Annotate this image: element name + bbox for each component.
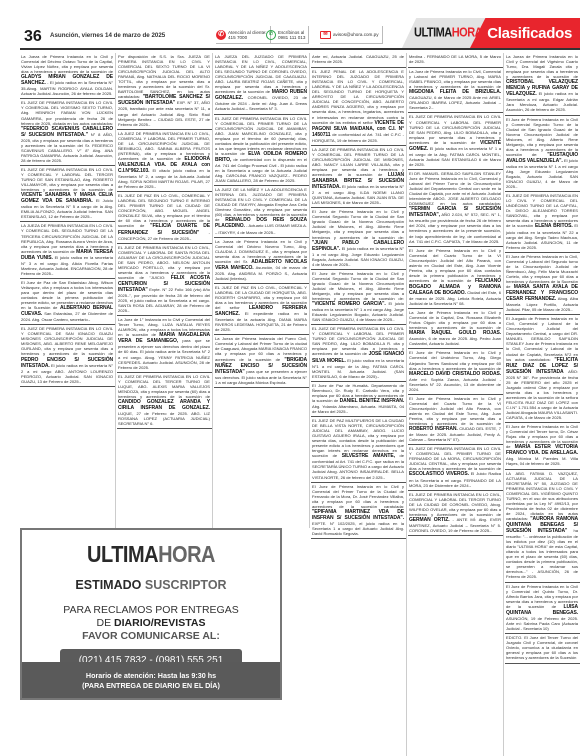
classified-notice: EL JUEZ DE PRIMERA INSTANCIA EN LO CIVIL… — [20, 99, 115, 166]
notice-text: La Jueza de Primera Instancia en lo Civi… — [21, 54, 113, 74]
ad-call-to-action: FAVOR COMUNICARSE AL: — [22, 630, 280, 642]
column-4: Ante mí, Actuaria Judicial. CAAGUAZU, 25… — [311, 53, 407, 756]
classified-notice: El DR. MANUEL GERALDO SAIFILDIN STANLEY … — [408, 170, 503, 247]
notice-text: Abg. Yolanda Altamirano, Actuaria. HUMAI… — [312, 404, 404, 414]
notice-text: El Juez de Primera Instancia en lo Civil… — [312, 271, 404, 301]
notice-text: El Juez de Primera Instancia en lo Civil… — [312, 484, 404, 509]
classified-notice: El Juez de Primera Instancia en lo Civil… — [505, 253, 580, 316]
classified-notice: La Juez de Primera Instancia en lo Civil… — [408, 68, 503, 113]
classified-notice: El Juez de Primera Instancia en lo Civil… — [311, 270, 406, 325]
whatsapp-contact: ✆ Escríbinos al0981 111 013 — [266, 26, 309, 44]
classified-notice: El Juez de Primera Instancia en lo Civil… — [408, 395, 503, 445]
deceased-name: CANDIDO GONZALEZ ARANDA Y CIRILA INSFRAN… — [118, 399, 210, 411]
notice-text: LUQUE, 27 de Febrero de 2025. ABG. LIZ R… — [118, 411, 210, 426]
notice-text: EL JUEZ PENAL DE LA ADOLESCENCIA E INTER… — [312, 69, 404, 124]
classified-notice: EL JUEZ PENAL DE LA ADOLESCENCIA E INTER… — [311, 68, 406, 146]
classified-notice: La Jueza de Primera Instancia en lo Civi… — [505, 53, 580, 116]
classified-notice: La Jueza de Primera Instancia del Fuero … — [214, 335, 309, 387]
notice-text: La Juez de Primera Instancia en lo Civil… — [409, 69, 501, 89]
classified-notice: EDICTO. El Juez del Tercer Turno del Juz… — [505, 634, 580, 664]
classified-notice: LA JUEZ DE LA NIÑEZ Y LA ADOLESCENCIA E … — [214, 186, 309, 237]
classified-notice: EL JUEZ DE PAZ MULTIFUEROS DE LA CIUDAD … — [311, 417, 406, 483]
classified-notice: LA JUEZA DEL JUZGADO DE PRIMERA INSTANCI… — [214, 53, 309, 115]
classified-notice: La Juez de 1° Instancia en lo Civil y Co… — [117, 316, 212, 372]
classified-notice: EL JUEZ DE PRIMERA INSTANCIA EN LO CIVIL… — [505, 192, 580, 253]
publication-date: Asunción, viernes 14 de marzo de 2025 — [50, 32, 165, 39]
classified-notice: El Juez de Paz de Humaitá- Departamento … — [311, 382, 406, 417]
classified-notice: El Juez de Paz de San Estanislao Abog. W… — [20, 279, 115, 325]
notice-text: Medina - FERNANDO DE LA MORA, 5 de Marzo… — [409, 54, 501, 64]
ad-ultimahora-logo: ULTIMAHORA — [22, 542, 280, 568]
classified-notice: EL JUEZ DE PRIMERA INSTANCIA EN LO CIVIL… — [117, 373, 212, 429]
classified-notice: LA ABG. FATIMA D. VAZQUEZ, ACTUARIA JUDI… — [505, 470, 580, 583]
ad-message: PARA RECLAMOS POR ENTREGASDE DIARIO/REVI… — [22, 604, 280, 630]
column-2: Por disposición de S.S. la Sra. JUEZA DE… — [117, 53, 213, 528]
notice-text: EL JUEZ DE PRIMERA INSTANCIA EN LO CIVIL… — [409, 446, 501, 471]
notice-text: Asunción, 6 de marzo de 2025. Abg. Pedro… — [409, 336, 501, 346]
notice-text: LA JUEZA DEL JUZGADO DE PRIMERA INSTANCI… — [215, 54, 307, 94]
classified-notice: EL JUEZ DE PRIMERA INSTANCIA EN LO CIVIL… — [408, 113, 503, 169]
classified-notice: El Juez de Primera Instancia en lo Civil… — [505, 423, 580, 469]
classified-notice: La Juez de Primera Instancia en lo Civil… — [408, 309, 503, 349]
classified-notice: El Juez de Primera Instancia en lo Civil… — [505, 583, 580, 634]
column-6: La Jueza de Primera Instancia en lo Civi… — [505, 53, 580, 756]
page-number: 36 — [24, 28, 42, 46]
section-title: Clasificados — [470, 18, 580, 48]
classified-notice: Por disposición de S.S. la Sra. JUEZA DE… — [117, 53, 212, 130]
classified-notice: EL JUEZ DE PAZ EN LO CIVIL, COMERCIAL Y … — [214, 284, 309, 335]
notice-text: EL JUEZ DE PAZ MULTIFUEROS DE LA CIUDAD … — [312, 418, 404, 458]
column-3: LA JUEZA DEL JUZGADO DE PRIMERA INSTANCI… — [214, 53, 310, 528]
header-rule — [20, 48, 580, 50]
notice-text: Por disposición de S.S. la Sra. JUEZA DE… — [118, 54, 210, 99]
subscriber-ad: ULTIMAHORA ESTIMADO SUSCRIPTOR PARA RECL… — [20, 528, 282, 700]
classified-notice: La Jueza de Primera Instancia en lo Civi… — [214, 238, 309, 284]
notice-text: El Juez de Primera Instancia en lo Civil… — [409, 350, 501, 370]
notice-text: EXPTE. N° 102/2025, el juicio radica en … — [312, 521, 404, 536]
classified-notice: EL JUEZ DE PRIMERA INSTANCIA EN LO CIVIL… — [20, 325, 115, 387]
ultimahora-logo: ULTIMAHORA — [414, 26, 482, 40]
phone-icon: ✆ — [216, 30, 226, 40]
classified-notice: EL JUEZ DE PRIMERA INSTANCIA EN LO CIVIL… — [408, 445, 503, 490]
notice-text: La Juez de Primera Instancia en lo Civil… — [409, 310, 501, 330]
page-header: 36 Asunción, viernes 14 de marzo de 2025… — [0, 0, 580, 50]
classified-notice: Ante mí, Actuaria Judicial. CAAGUAZU, 25… — [311, 53, 406, 68]
classified-notice: EL JUEZ DE PAZ EN LO CIVIL, COMERCIAL Y … — [117, 192, 212, 243]
notice-text: ha resuelto: "... ordénase la publicació… — [506, 528, 578, 579]
classified-notice: LA JUEZ DE PRIMERA INSTANCIA EN LO CIVIL… — [311, 146, 406, 209]
classified-notice: LA JUEZ DE PRIMERA INSTANCIA EN LO CIVIL… — [117, 130, 212, 193]
classified-notice: El Juez de Primera Instancia en lo Civil… — [505, 116, 580, 193]
notice-text: EL JUEZ DE PRIMERA INSTANCIA EN LO CIVIL… — [21, 326, 113, 356]
notice-text: Ante mí, Actuaria Judicial. CAAGUAZU, 25… — [312, 54, 404, 64]
deceased-name: "EPIFANIA MARTINEZ VDA DE INSFRAN S/ SUC… — [312, 509, 404, 521]
notice-text: Ante mí: Sophia Zaeza, Actuaria Judicial… — [409, 377, 501, 392]
classified-notice: La Jueza de Primera Instancia en lo Civi… — [20, 53, 115, 99]
classified-notice: El Juez de Primera Instancia en lo Civil… — [408, 349, 503, 394]
classified-notice: Medina - FERNANDO DE LA MORA, 5 de Marzo… — [408, 53, 503, 68]
column-5: Medina - FERNANDO DE LA MORA, 5 de Marzo… — [408, 53, 504, 756]
classified-notice: EL JUEZ DE PRIMERA INSTANCIA EN LO CIVIL… — [408, 491, 503, 536]
classified-notice: EL JUEZ DE PRIMERA INSTANCIA EN LO CIVIL… — [20, 166, 115, 222]
notice-text: Abg. Mónica M. Paredes M. Villa Hayes, 0… — [506, 456, 578, 466]
classified-notice: El Juez de Primera Instancia en lo Civil… — [311, 208, 406, 270]
deceased-name: MARIA ESTER VICTORIA FRANCO VDA. DE AREL… — [506, 444, 578, 456]
notice-text: CAAGUAZU, 6 de Marzo de 2025 Ante mí: AR… — [409, 95, 501, 110]
classified-notice: EL JUEZ DE PRIMERA INSTANCIA EN LO CIVIL… — [214, 115, 309, 187]
notice-text: EL JUEZ DE PRIMERA INSTANCIA EN LO CIVIL… — [215, 116, 307, 156]
notice-text: EL JUEZ DE PRIMERA INSTANCIA EN LO CIVIL… — [118, 374, 210, 399]
classified-notice: EL JUEZ DE PRIMERA INSTANCIA EN LO CIVIL… — [311, 325, 406, 381]
notice-text: El Juez de Primera Instancia en lo Civil… — [312, 209, 404, 239]
ad-hours: Horario de atención: Hasta las 9:30 hs(P… — [22, 662, 280, 698]
whatsapp-icon: ✆ — [266, 30, 276, 40]
column-1: La Jueza de Primera Instancia en lo Civi… — [20, 53, 116, 528]
email-contact[interactable]: ✉ avisos@uhora.com.py — [320, 26, 383, 44]
notice-text: La Jueza de Primera Instancia en lo Civi… — [506, 54, 578, 79]
classified-notice: El Juez de Primera Instancia en lo Civil… — [311, 483, 406, 539]
notice-text: El Juzgado de Primera Instancia en lo Ci… — [506, 316, 578, 361]
classified-notice: El Juez de Primera Instancia en lo Civil… — [408, 247, 503, 310]
customer-service-contact: ✆ Atención al cliente:415 7000 — [216, 26, 271, 44]
classified-notice: EL JUEZ DE PRIMERA INSTANCIA EN LO CIVIL… — [117, 244, 212, 317]
ad-title: ESTIMADO SUSCRIPTOR — [22, 578, 280, 592]
notice-text: El Juez de Primera Instancia en lo Civil… — [409, 396, 501, 426]
notice-text: El DR. MANUEL GERALDO SAIFILDIN STANLEY … — [409, 171, 501, 206]
classified-notice: LA JUEZA DE PRIMERA INSTANCIA EN LO CIVI… — [20, 222, 115, 278]
notice-text: El Juez de Primera Instancia en lo Civil… — [506, 117, 578, 157]
notice-text: EL JUEZ DE PRIMERA INSTANCIA EN LO CIVIL… — [21, 100, 113, 125]
notice-text: EL JUEZ DE PRIMERA INSTANCIA EN LO CIVIL… — [21, 167, 113, 192]
notice-text: ASUNCIÓN, 19 de Febrero de 2025. Ante mí… — [506, 616, 578, 631]
notice-text: AÑO: 2025 N° 36". Por providencia de fec… — [506, 369, 578, 420]
notice-text: EL JUEZ DE PRIMERA INSTANCIA EN LO CIVIL… — [409, 492, 501, 517]
email-icon: ✉ — [320, 31, 331, 39]
classified-notice: El Juzgado de Primera Instancia en lo Ci… — [505, 315, 580, 423]
notice-text: LA ABG. FATIMA D. VAZQUEZ, ACTUARIA JUDI… — [506, 471, 578, 521]
notice-text: EDICTO. El Juez del Tercer Turno del Juz… — [506, 635, 578, 660]
